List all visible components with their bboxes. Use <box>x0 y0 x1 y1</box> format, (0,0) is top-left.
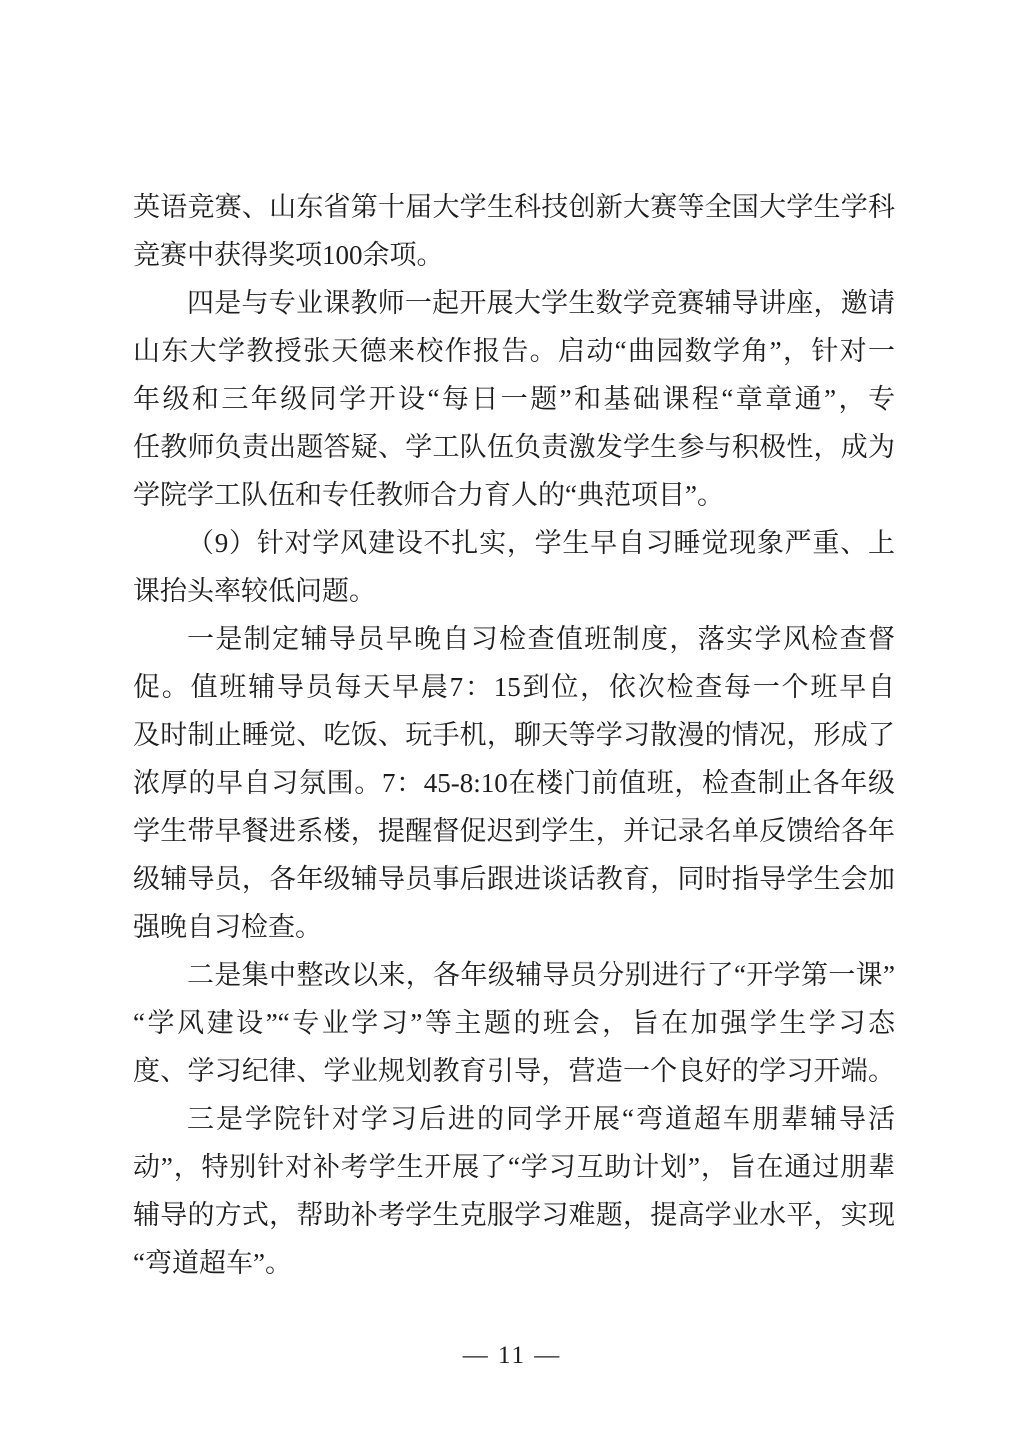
text-line: 浓厚的早自习氛围。7：45-8:10在楼门前值班，检查制止各年级 <box>133 759 895 807</box>
text-line: 英语竞赛、山东省第十届大学生科技创新大赛等全国大学生学科 <box>133 183 895 231</box>
text-line: 辅导的方式，帮助补考学生克服学习难题，提高学业水平，实现 <box>133 1191 895 1239</box>
document-page: 英语竞赛、山东省第十届大学生科技创新大赛等全国大学生学科竞赛中获得奖项100余项… <box>0 0 1024 1448</box>
text-line: 及时制止睡觉、吃饭、玩手机，聊天等学习散漫的情况，形成了 <box>133 711 895 759</box>
text-line: 促。值班辅导员每天早晨7：15到位，依次检查每一个班早自习， <box>133 663 895 711</box>
page-number: — 11 — <box>0 1336 1024 1376</box>
text-line: “学风建设”“专业学习”等主题的班会，旨在加强学生学习态 <box>133 999 895 1047</box>
text-line: 学院学工队伍和专任教师合力育人的“典范项目”。 <box>133 471 895 519</box>
document-body: 英语竞赛、山东省第十届大学生科技创新大赛等全国大学生学科竞赛中获得奖项100余项… <box>133 183 895 1287</box>
text-line: 级辅导员，各年级辅导员事后跟进谈话教育，同时指导学生会加 <box>133 855 895 903</box>
text-line: 任教师负责出题答疑、学工队伍负责激发学生参与积极性，成为 <box>133 423 895 471</box>
text-line: 学生带早餐进系楼，提醒督促迟到学生，并记录名单反馈给各年 <box>133 807 895 855</box>
text-line: 竞赛中获得奖项100余项。 <box>133 231 895 279</box>
text-line: 度、学习纪律、学业规划教育引导，营造一个良好的学习开端。 <box>133 1047 895 1095</box>
text-line: 山东大学教授张天德来校作报告。启动“曲园数学角”，针对一 <box>133 327 895 375</box>
text-line: （9）针对学风建设不扎实，学生早自习睡觉现象严重、上 <box>133 519 895 567</box>
text-line: 一是制定辅导员早晚自习检查值班制度，落实学风检查督 <box>133 615 895 663</box>
text-line: 四是与专业课教师一起开展大学生数学竞赛辅导讲座，邀请 <box>133 279 895 327</box>
text-line: 动”，特别针对补考学生开展了“学习互助计划”，旨在通过朋辈 <box>133 1143 895 1191</box>
text-line: 年级和三年级同学开设“每日一题”和基础课程“章章通”，专 <box>133 375 895 423</box>
text-line: 三是学院针对学习后进的同学开展“弯道超车朋辈辅导活 <box>133 1095 895 1143</box>
text-line: 二是集中整改以来，各年级辅导员分别进行了“开学第一课” <box>133 951 895 999</box>
text-line: “弯道超车”。 <box>133 1239 895 1287</box>
text-line: 强晚自习检查。 <box>133 903 895 951</box>
text-line: 课抬头率较低问题。 <box>133 567 895 615</box>
